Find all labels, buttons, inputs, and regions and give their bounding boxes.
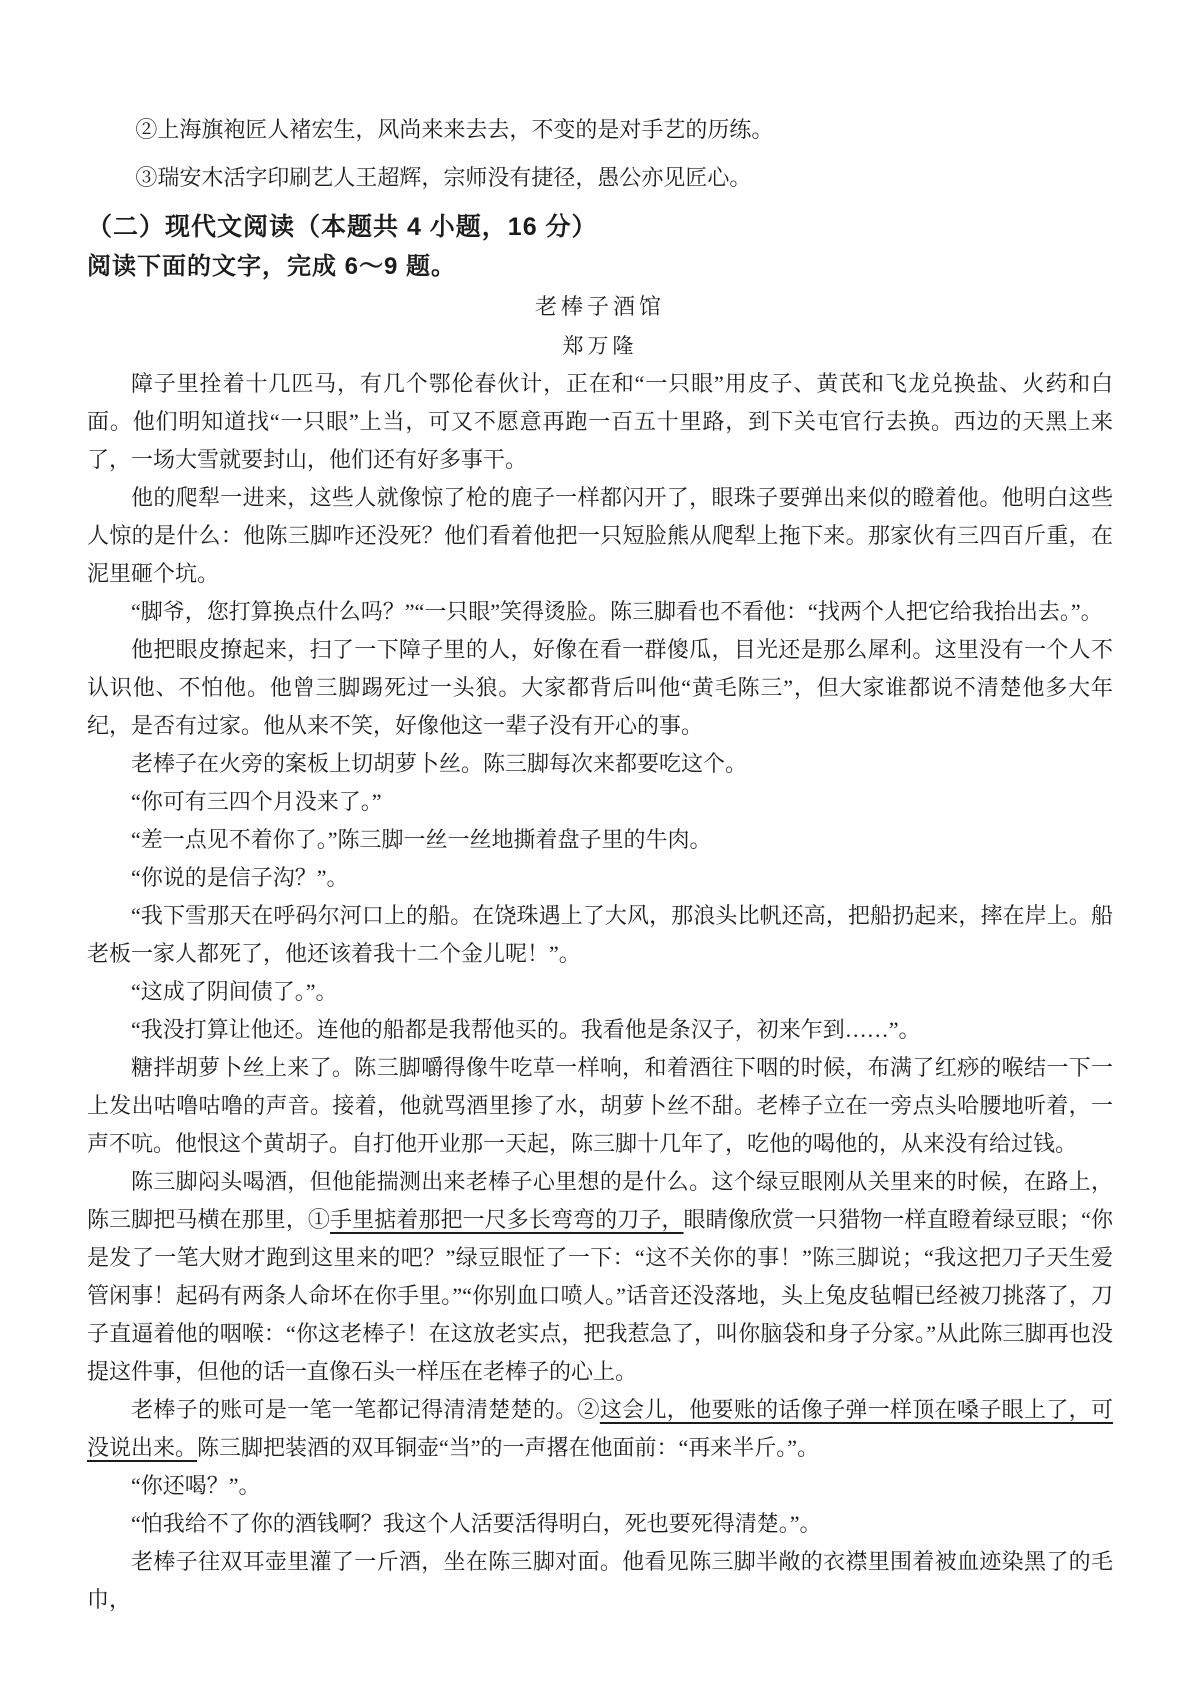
intro-line-text: ③瑞安木活字印刷艺人王超辉，宗师没有捷径，愚公亦见匠心。 <box>135 165 751 190</box>
instruction-line: 阅读下面的文字，完成 6～9 题。 <box>87 247 1113 287</box>
passage-title: 老棒子酒馆 <box>87 287 1113 327</box>
paragraph-text: “差一点见不着你了。”陈三脚一丝一丝地撕着盘子里的牛肉。 <box>131 827 712 852</box>
passage-paragraph-with-underline-1: 陈三脚闷头喝酒，但他能揣测出来老棒子心里想的是什么。这个绿豆眼刚从关里来的时候，… <box>87 1163 1113 1391</box>
paragraph-text: 老棒子的账可是一笔一笔都记得清清楚楚的。② <box>131 1397 600 1422</box>
section-heading: （二）现代文阅读（本题共 4 小题，16 分） <box>87 207 1113 247</box>
intro-line-2: ②上海旗袍匠人褚宏生，风尚来来去去，不变的是对手艺的历练。 <box>87 111 1113 149</box>
passage-paragraph: 老棒子在火旁的案板上切胡萝卜丝。陈三脚每次来都要吃这个。 <box>87 745 1113 783</box>
passage-paragraph: “我下雪那天在呼码尔河口上的船。在饶珠遇上了大风，那浪头比帆还高，把船扔起来，摔… <box>87 897 1113 973</box>
paragraph-text: “脚爷，您打算换点什么吗？”“一只眼”笑得烫脸。陈三脚看也不看他：“找两个人把它… <box>131 599 1103 624</box>
passage-paragraph: “你说的是信子沟？”。 <box>87 859 1113 897</box>
passage-paragraph: “脚爷，您打算换点什么吗？”“一只眼”笑得烫脸。陈三脚看也不看他：“找两个人把它… <box>87 593 1113 631</box>
paragraph-text: 老棒子往双耳壶里灌了一斤酒，坐在陈三脚对面。他看见陈三脚半敞的衣襟里围着被血迹染… <box>87 1549 1113 1612</box>
passage-body: 障子里拴着十几匹马，有几个鄂伦春伙计，正在和“一只眼”用皮子、黄芪和飞龙兑换盐、… <box>87 365 1113 1619</box>
paragraph-text: 他把眼皮撩起来，扫了一下障子里的人，好像在看一群傻瓜，目光还是那么犀利。这里没有… <box>87 637 1113 738</box>
paragraph-text: 眼睛像欣赏一只猎物一样直瞪着绿豆眼；“你是发了一笔大财才跑到这里来的吧？”绿豆眼… <box>87 1207 1113 1384</box>
exam-paper-page: ②上海旗袍匠人褚宏生，风尚来来去去，不变的是对手艺的历练。 ③瑞安木活字印刷艺人… <box>0 0 1200 1698</box>
paragraph-text: “你可有三四个月没来了。” <box>131 789 382 814</box>
paragraph-text: “怕我给不了你的酒钱啊？我这个人活要活得明白，死也要死得清楚。”。 <box>131 1511 822 1536</box>
passage-paragraph: 他的爬犁一进来，这些人就像惊了枪的鹿子一样都闪开了，眼珠子要弹出来似的瞪着他。他… <box>87 479 1113 593</box>
paragraph-text: “你说的是信子沟？”。 <box>131 865 349 890</box>
passage-paragraph: 老棒子往双耳壶里灌了一斤酒，坐在陈三脚对面。他看见陈三脚半敞的衣襟里围着被血迹染… <box>87 1543 1113 1619</box>
paragraph-text: “我下雪那天在呼码尔河口上的船。在饶珠遇上了大风，那浪头比帆还高，把船扔起来，摔… <box>87 903 1113 966</box>
passage-paragraph: “差一点见不着你了。”陈三脚一丝一丝地撕着盘子里的牛肉。 <box>87 821 1113 859</box>
passage-paragraph: “这成了阴间债了。”。 <box>87 973 1113 1011</box>
paragraph-text: 陈三脚把装酒的双耳铜壶“当”的一声撂在他面前：“再来半斤。”。 <box>197 1435 819 1460</box>
paragraph-text: 老棒子在火旁的案板上切胡萝卜丝。陈三脚每次来都要吃这个。 <box>131 751 747 776</box>
paragraph-text: 障子里拴着十几匹马，有几个鄂伦春伙计，正在和“一只眼”用皮子、黄芪和飞龙兑换盐、… <box>87 371 1113 472</box>
paragraph-text: “你还喝？”。 <box>131 1473 261 1498</box>
underlined-sentence-1: 手里掂着那把一尺多长弯弯的刀子， <box>330 1207 684 1232</box>
passage-paragraph: “你还喝？”。 <box>87 1467 1113 1505</box>
passage-paragraph: 他把眼皮撩起来，扫了一下障子里的人，好像在看一群傻瓜，目光还是那么犀利。这里没有… <box>87 631 1113 745</box>
passage-paragraph: “我没打算让他还。连他的船都是我帮他买的。我看他是条汉子，初来乍到……”。 <box>87 1011 1113 1049</box>
passage-paragraph: “你可有三四个月没来了。” <box>87 783 1113 821</box>
paragraph-text: “这成了阴间债了。”。 <box>131 979 338 1004</box>
intro-line-text: ②上海旗袍匠人褚宏生，风尚来来去去，不变的是对手艺的历练。 <box>135 117 773 142</box>
paragraph-text: 糖拌胡萝卜丝上来了。陈三脚嚼得像牛吃草一样响，和着酒往下咽的时候，布满了红痧的喉… <box>87 1055 1113 1156</box>
intro-line-3: ③瑞安木活字印刷艺人王超辉，宗师没有捷径，愚公亦见匠心。 <box>87 159 1113 197</box>
passage-author: 郑万隆 <box>87 327 1113 365</box>
paragraph-text: “我没打算让他还。连他的船都是我帮他买的。我看他是条汉子，初来乍到……”。 <box>131 1017 921 1042</box>
paragraph-text: 他的爬犁一进来，这些人就像惊了枪的鹿子一样都闪开了，眼珠子要弹出来似的瞪着他。他… <box>87 485 1113 586</box>
passage-paragraph: “怕我给不了你的酒钱啊？我这个人活要活得明白，死也要死得清楚。”。 <box>87 1505 1113 1543</box>
passage-paragraph: 障子里拴着十几匹马，有几个鄂伦春伙计，正在和“一只眼”用皮子、黄芪和飞龙兑换盐、… <box>87 365 1113 479</box>
passage-paragraph-with-underline-2: 老棒子的账可是一笔一笔都记得清清楚楚的。②这会儿，他要账的话像子弹一样顶在嗓子眼… <box>87 1391 1113 1467</box>
passage-paragraph: 糖拌胡萝卜丝上来了。陈三脚嚼得像牛吃草一样响，和着酒往下咽的时候，布满了红痧的喉… <box>87 1049 1113 1163</box>
